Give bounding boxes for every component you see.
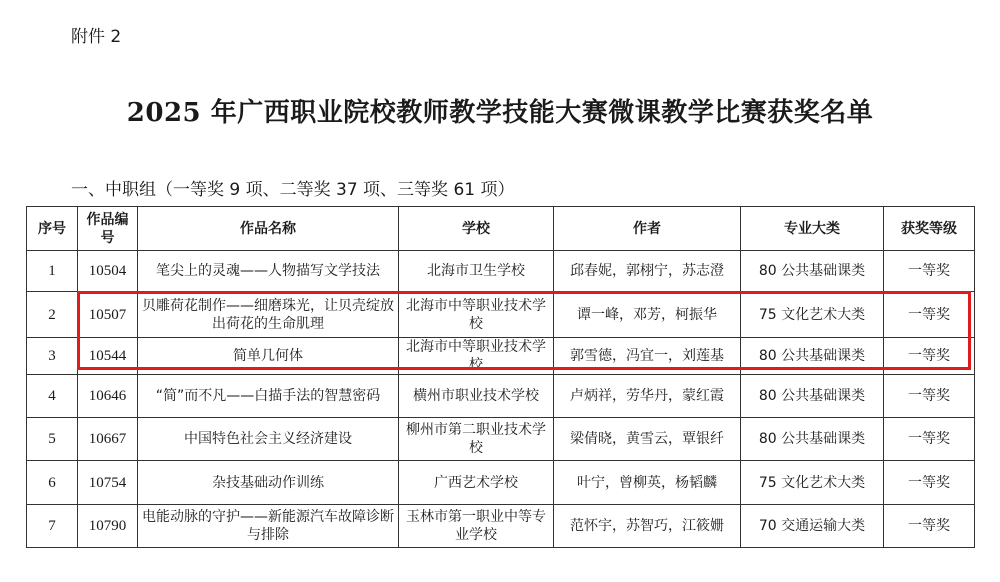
cell-name: 中国特色社会主义经济建设 [138, 418, 399, 461]
section-heading: 一、中职组（一等奖 9 项、二等奖 37 项、三等奖 61 项） [71, 175, 515, 200]
cell-authors: 谭一峰，邓芳，柯振华 [554, 292, 741, 338]
header-code: 作品编号 [78, 207, 138, 251]
document-title: 2025 年广西职业院校教师教学技能大赛微课教学比赛获奖名单 [0, 92, 1000, 129]
table-header-row: 序号 作品编号 作品名称 学校 作者 专业大类 获奖等级 [27, 207, 975, 251]
header-school: 学校 [399, 207, 554, 251]
cell-school: 横州市职业技术学校 [399, 375, 554, 418]
table-row: 7 10790 电能动脉的守护——新能源汽车故障诊断与排除 玉林市第一职业中等专… [27, 505, 975, 548]
cell-authors: 范怀宇，苏智巧，江筱姗 [554, 505, 741, 548]
header-name: 作品名称 [138, 207, 399, 251]
cell-category: 80 公共基础课类 [741, 375, 884, 418]
cell-name: 笔尖上的灵魂——人物描写文学技法 [138, 251, 399, 292]
table-row: 2 10507 贝雕荷花制作——细磨珠光，让贝壳绽放出荷花的生命肌理 北海市中等… [27, 292, 975, 338]
cell-no: 6 [27, 461, 78, 505]
cell-authors: 梁倩晓，黄雪云，覃银纤 [554, 418, 741, 461]
cell-authors: 叶宁，曾柳英，杨韬麟 [554, 461, 741, 505]
table-row: 4 10646 “简”而不凡——白描手法的智慧密码 横州市职业技术学校 卢炳祥，… [27, 375, 975, 418]
table-row: 5 10667 中国特色社会主义经济建设 柳州市第二职业技术学校 梁倩晓，黄雪云… [27, 418, 975, 461]
cell-code: 10667 [78, 418, 138, 461]
cell-category: 75 文化艺术大类 [741, 292, 884, 338]
cell-code: 10544 [78, 338, 138, 375]
header-authors: 作者 [554, 207, 741, 251]
cell-school: 北海市中等职业技术学校 [399, 292, 554, 338]
attachment-label: 附件 2 [71, 22, 121, 47]
cell-no: 4 [27, 375, 78, 418]
cell-name: “简”而不凡——白描手法的智慧密码 [138, 375, 399, 418]
cell-category: 70 交通运输大类 [741, 505, 884, 548]
awards-table: 序号 作品编号 作品名称 学校 作者 专业大类 获奖等级 1 10504 笔尖上… [26, 206, 975, 548]
cell-name: 简单几何体 [138, 338, 399, 375]
cell-award: 一等奖 [884, 375, 975, 418]
cell-award: 一等奖 [884, 251, 975, 292]
cell-school: 北海市中等职业技术学校 [399, 338, 554, 375]
cell-name: 杂技基础动作训练 [138, 461, 399, 505]
header-category: 专业大类 [741, 207, 884, 251]
cell-award: 一等奖 [884, 338, 975, 375]
cell-code: 10504 [78, 251, 138, 292]
cell-category: 80 公共基础课类 [741, 251, 884, 292]
cell-category: 80 公共基础课类 [741, 338, 884, 375]
cell-authors: 邱春妮，郭栩宁，苏志澄 [554, 251, 741, 292]
cell-code: 10646 [78, 375, 138, 418]
cell-authors: 卢炳祥，劳华丹，蒙红霞 [554, 375, 741, 418]
table-row: 3 10544 简单几何体 北海市中等职业技术学校 郭雪德，冯宜一，刘莲基 80… [27, 338, 975, 375]
cell-no: 7 [27, 505, 78, 548]
header-no: 序号 [27, 207, 78, 251]
table-row: 1 10504 笔尖上的灵魂——人物描写文学技法 北海市卫生学校 邱春妮，郭栩宁… [27, 251, 975, 292]
table-row: 6 10754 杂技基础动作训练 广西艺术学校 叶宁，曾柳英，杨韬麟 75 文化… [27, 461, 975, 505]
cell-code: 10790 [78, 505, 138, 548]
cell-school: 柳州市第二职业技术学校 [399, 418, 554, 461]
cell-no: 1 [27, 251, 78, 292]
cell-code: 10754 [78, 461, 138, 505]
cell-award: 一等奖 [884, 292, 975, 338]
cell-award: 一等奖 [884, 505, 975, 548]
cell-category: 80 公共基础课类 [741, 418, 884, 461]
cell-authors: 郭雪德，冯宜一，刘莲基 [554, 338, 741, 375]
cell-school: 北海市卫生学校 [399, 251, 554, 292]
cell-category: 75 文化艺术大类 [741, 461, 884, 505]
cell-name: 电能动脉的守护——新能源汽车故障诊断与排除 [138, 505, 399, 548]
cell-code: 10507 [78, 292, 138, 338]
cell-no: 5 [27, 418, 78, 461]
cell-award: 一等奖 [884, 418, 975, 461]
cell-no: 3 [27, 338, 78, 375]
cell-name: 贝雕荷花制作——细磨珠光，让贝壳绽放出荷花的生命肌理 [138, 292, 399, 338]
cell-award: 一等奖 [884, 461, 975, 505]
cell-no: 2 [27, 292, 78, 338]
cell-school: 玉林市第一职业中等专业学校 [399, 505, 554, 548]
header-award: 获奖等级 [884, 207, 975, 251]
cell-school: 广西艺术学校 [399, 461, 554, 505]
